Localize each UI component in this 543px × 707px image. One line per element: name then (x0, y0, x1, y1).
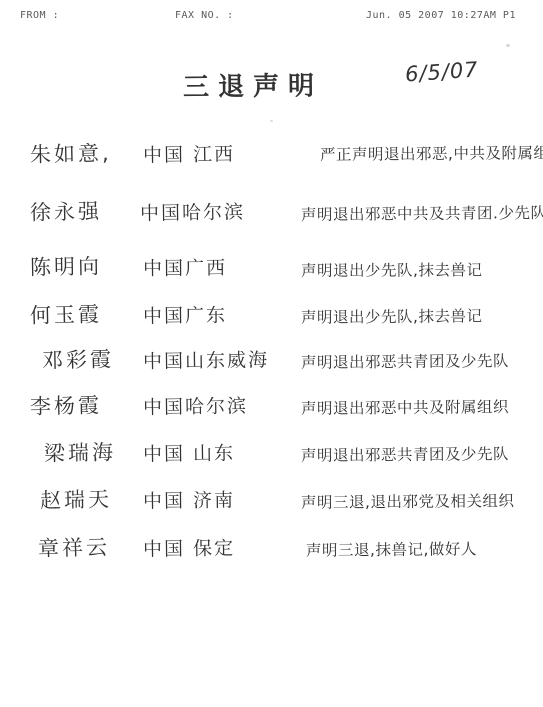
entry-statement: 声明退出邪恶共青团及少先队 (301, 349, 509, 373)
scan-noise (270, 120, 273, 122)
entry-location: 中国广东 (143, 300, 227, 328)
entry-location: 中国广西 (143, 253, 227, 281)
fax-page: FROM : FAX NO. : Jun. 05 2007 10:27AM P1… (0, 0, 543, 707)
entry-location: 中国 济南 (143, 485, 235, 513)
entry-name: 赵瑞天 (40, 483, 113, 515)
entry-name: 梁瑞海 (44, 436, 117, 468)
scan-noise (506, 44, 510, 47)
entry-row: 邓彩霞 中国山东威海 声明退出邪恶共青团及少先队 (0, 344, 543, 380)
entry-statement: 声明三退,退出邪党及相关组织 (301, 489, 515, 513)
entry-row: 章祥云 中国 保定 声明三退,抹兽记,做好人 (0, 532, 543, 568)
entry-name: 陈明向 (30, 250, 102, 281)
fax-number-label: FAX NO. : (175, 10, 234, 21)
document-title: 三退声明 (183, 65, 323, 103)
entry-statement: 声明退出邪恶中共及共青团.少先队 (301, 201, 543, 225)
entry-statement: 声明退出邪恶中共及附属组织 (301, 395, 509, 419)
entry-statement: 声明三退,抹兽记,做好人 (306, 537, 477, 560)
entry-name: 朱如意, (30, 137, 112, 169)
entry-name: 邓彩霞 (42, 343, 115, 375)
entry-row: 李杨霞 中国哈尔滨 声明退出邪恶中共及附属组织 (0, 390, 543, 426)
entry-row: 赵瑞天 中国 济南 声明三退,退出邪党及相关组织 (0, 484, 543, 520)
entry-name: 章祥云 (38, 531, 111, 563)
fax-from-label: FROM : (20, 10, 59, 21)
entry-row: 陈明向 中国广西 声明退出少先队,抹去兽记 (0, 251, 543, 290)
entry-row: 朱如意, 中国 江西 严正声明退出邪恶,中共及附属组织 (0, 138, 543, 174)
entry-location: 中国哈尔滨 (143, 391, 248, 419)
entry-statement: 声明退出少先队,抹去兽记 (301, 258, 483, 281)
entry-location: 中国哈尔滨 (140, 197, 245, 225)
entry-statement: 声明退出少先队,抹去兽记 (301, 304, 483, 328)
fax-timestamp: Jun. 05 2007 10:27AM P1 (366, 10, 516, 21)
entry-name: 何玉霞 (30, 298, 103, 330)
entry-row: 何玉霞 中国广东 声明退出少先队,抹去兽记 (0, 299, 543, 335)
entry-name: 徐永强 (30, 195, 103, 227)
entry-location: 中国 保定 (143, 533, 235, 561)
document-date: 6/5/07 (404, 57, 479, 86)
entry-row: 梁瑞海 中国 山东 声明退出邪恶共青团及少先队 (0, 437, 543, 473)
entry-statement: 声明退出邪恶共青团及少先队 (301, 442, 509, 466)
entry-location: 中国山东威海 (143, 345, 269, 374)
entry-location: 中国 江西 (143, 139, 235, 167)
entry-row: 徐永强 中国哈尔滨 声明退出邪恶中共及共青团.少先队 (0, 196, 543, 232)
entry-location: 中国 山东 (143, 438, 235, 466)
entry-name: 李杨霞 (30, 389, 103, 421)
entry-statement: 严正声明退出邪恶,中共及附属组织 (320, 141, 543, 165)
